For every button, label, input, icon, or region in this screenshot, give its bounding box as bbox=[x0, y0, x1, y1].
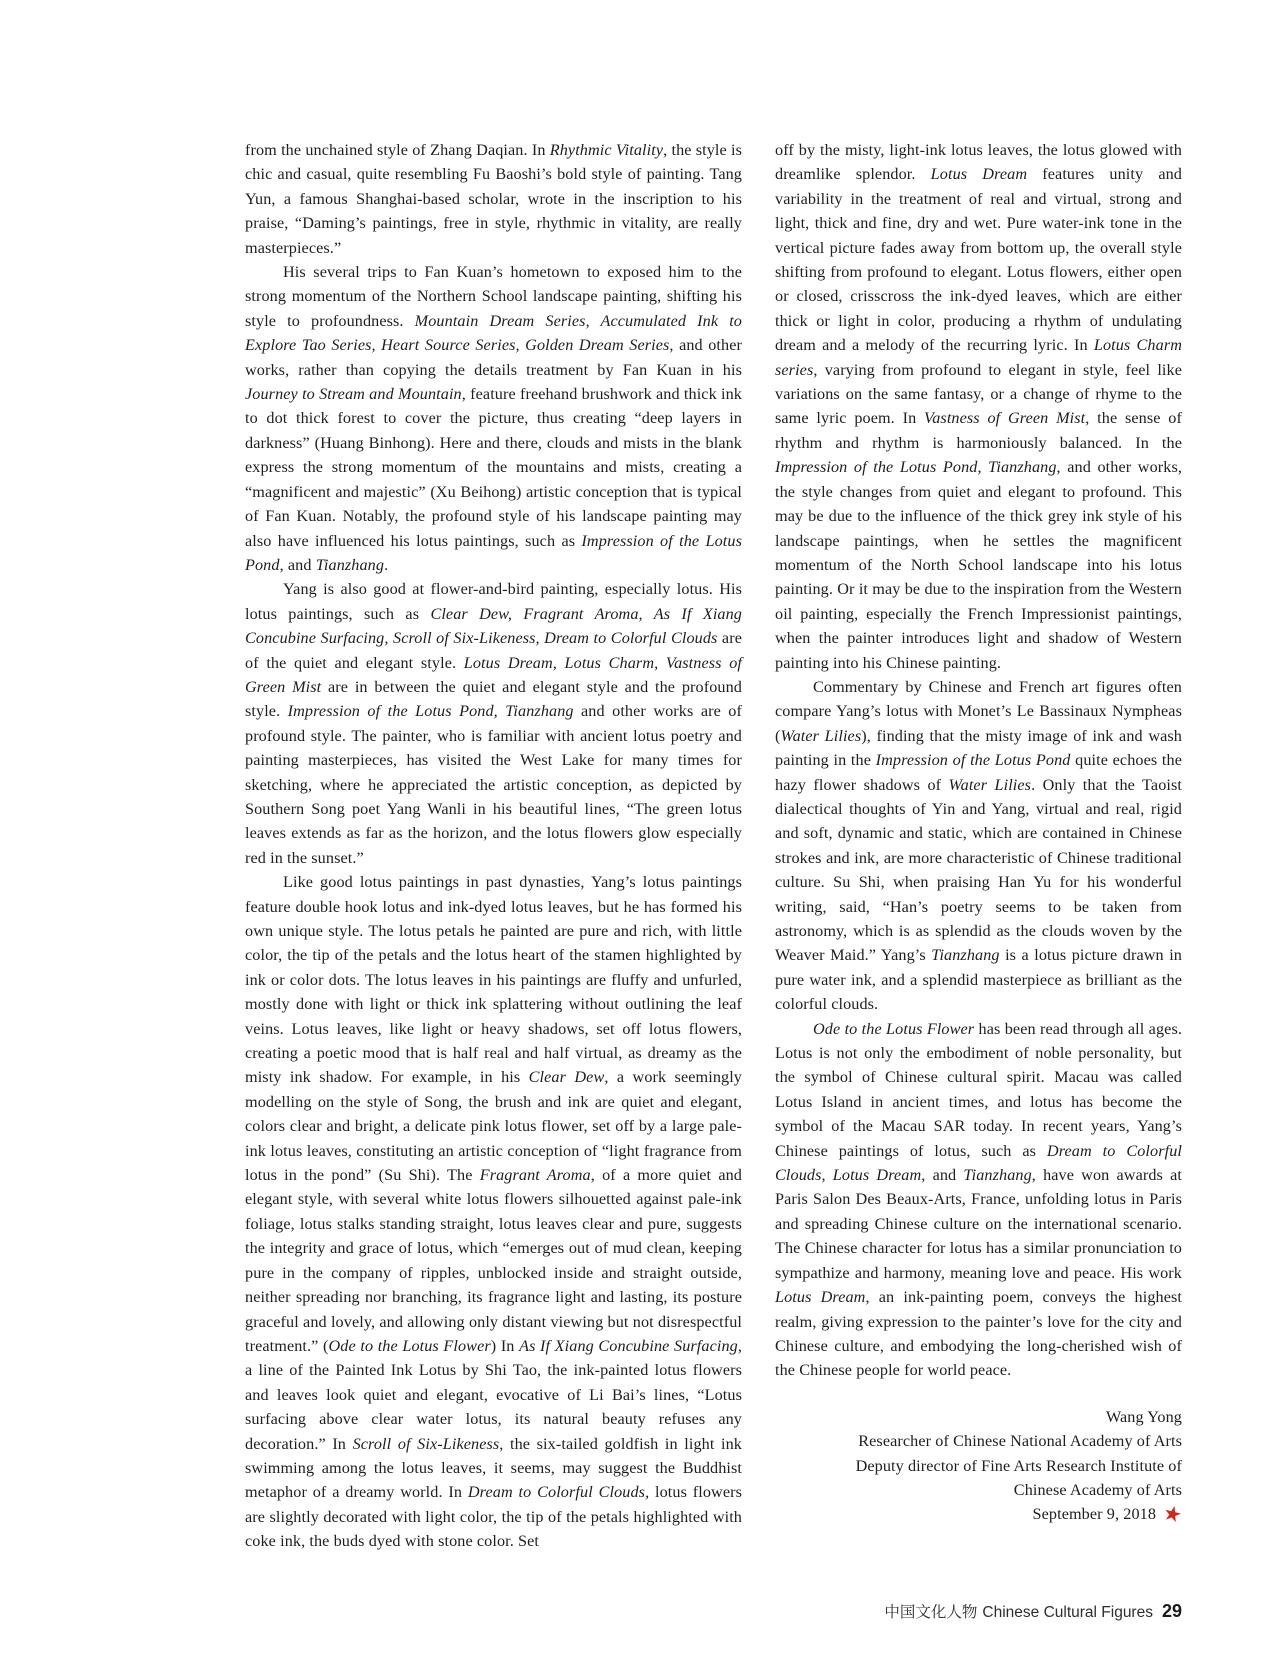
signature-name: Wang Yong bbox=[775, 1405, 1182, 1429]
signature-date-line: September 9, 2018★ bbox=[775, 1502, 1182, 1526]
signature-date: September 9, 2018 bbox=[1033, 1505, 1157, 1523]
left-column: from the unchained style of Zhang Daqian… bbox=[245, 138, 742, 1554]
page-footer: 中国文化人物Chinese Cultural Figures29 bbox=[884, 1600, 1182, 1622]
paragraph: from the unchained style of Zhang Daqian… bbox=[245, 138, 742, 260]
paragraph: Yang is also good at flower-and-bird pai… bbox=[245, 577, 742, 870]
paragraph: Commentary by Chinese and French art fig… bbox=[775, 675, 1182, 1017]
journal-title-zh: 中国文化人物 bbox=[884, 1604, 977, 1621]
signature-title-line: Researcher of Chinese National Academy o… bbox=[775, 1429, 1182, 1453]
journal-title-en: Chinese Cultural Figures bbox=[982, 1604, 1153, 1621]
signature-block: Wang Yong Researcher of Chinese National… bbox=[775, 1405, 1182, 1527]
red-star-icon: ★ bbox=[1161, 1502, 1184, 1527]
magazine-page: from the unchained style of Zhang Daqian… bbox=[0, 0, 1270, 1654]
signature-title-line: Deputy director of Fine Arts Research In… bbox=[775, 1454, 1182, 1478]
paragraph: His several trips to Fan Kuan’s hometown… bbox=[245, 260, 742, 577]
right-column: off by the misty, light-ink lotus leaves… bbox=[775, 138, 1182, 1527]
paragraph: off by the misty, light-ink lotus leaves… bbox=[775, 138, 1182, 675]
signature-title-line: Chinese Academy of Arts bbox=[775, 1478, 1182, 1502]
page-number: 29 bbox=[1162, 1601, 1182, 1621]
paragraph: Like good lotus paintings in past dynast… bbox=[245, 870, 742, 1553]
paragraph: Ode to the Lotus Flower has been read th… bbox=[775, 1017, 1182, 1383]
